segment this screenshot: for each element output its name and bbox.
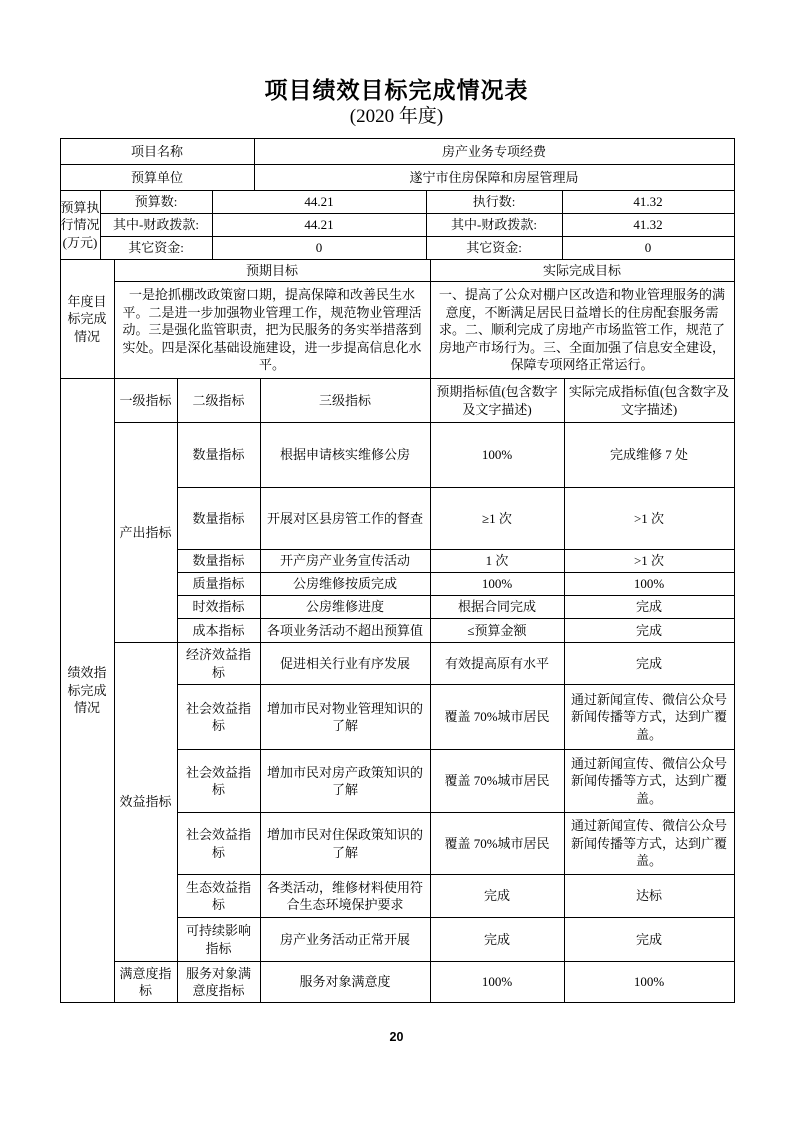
table-row: 满意度指标 服务对象满意度指标 服务对象满意度 100% 100% <box>60 962 734 1003</box>
budget-value: 44.21 <box>212 214 426 237</box>
indicator-actual: 100% <box>564 962 734 1003</box>
indicator-level2: 质量指标 <box>177 573 260 596</box>
expected-goal-header: 预期目标 <box>114 260 430 282</box>
annual-goals-section-label: 年度目 标完成 情况 <box>60 260 114 379</box>
indicator-expected: 100% <box>430 962 564 1003</box>
budget-value: 41.32 <box>562 191 734 214</box>
table-row: 效益指标 经济效益指标 促进相关行业有序发展 有效提高原有水平 完成 <box>60 643 734 685</box>
indicator-level2: 生态效益指标 <box>177 875 260 918</box>
indicator-level2: 服务对象满意度指标 <box>177 962 260 1003</box>
page-subtitle: (2020 年度) <box>0 106 793 129</box>
budget-label: 执行数: <box>426 191 562 214</box>
indicator-level2: 社会效益指标 <box>177 685 260 750</box>
indicator-level2: 社会效益指标 <box>177 813 260 875</box>
indicator-level2: 时效指标 <box>177 596 260 619</box>
header-level1: 一级指标 <box>114 379 177 423</box>
indicator-level1: 效益指标 <box>114 643 177 962</box>
indicator-level2: 数量指标 <box>177 488 260 550</box>
table-row: 年度目 标完成 情况 预期目标 实际完成目标 <box>60 260 734 282</box>
indicator-level3: 开产房产业务宣传活动 <box>260 550 430 573</box>
budget-label: 其中-财政拨款: <box>100 214 212 237</box>
annual-goals-table: 年度目 标完成 情况 预期目标 实际完成目标 一是抢抓棚改政策窗口期，提高保障和… <box>60 259 735 379</box>
budget-value: 0 <box>562 237 734 260</box>
indicator-expected: 覆盖 70%城市居民 <box>430 685 564 750</box>
project-name-value: 房产业务专项经费 <box>254 139 734 165</box>
indicator-actual: 完成 <box>564 619 734 643</box>
indicator-level3: 增加市民对房产政策知识的了解 <box>260 750 430 813</box>
table-row: 其中-财政拨款: 44.21 其中-财政拨款: 41.32 <box>60 214 734 237</box>
header-level3: 三级指标 <box>260 379 430 423</box>
expected-goal-text: 一是抢抓棚改政策窗口期，提高保障和改善民生水平。二是进一步加强物业管理工作，规范… <box>114 282 430 379</box>
indicator-expected: 1 次 <box>430 550 564 573</box>
budget-value: 0 <box>212 237 426 260</box>
indicator-expected: ≤预算金额 <box>430 619 564 643</box>
indicator-level3: 各类活动，维修材料使用符合生态环境保护要求 <box>260 875 430 918</box>
indicator-actual: >1 次 <box>564 488 734 550</box>
budget-value: 44.21 <box>212 191 426 214</box>
indicator-actual: 完成 <box>564 918 734 962</box>
indicator-level3: 公房维修进度 <box>260 596 430 619</box>
indicator-actual: 完成 <box>564 643 734 685</box>
document-page: 项目绩效目标完成情况表 (2020 年度) 项目名称 房产业务专项经费 预算单位… <box>0 0 793 1122</box>
indicator-level3: 增加市民对住保政策知识的了解 <box>260 813 430 875</box>
budget-section-label: 预算执 行情况 (万元) <box>60 191 100 260</box>
indicator-actual: 达标 <box>564 875 734 918</box>
indicator-level3: 房产业务活动正常开展 <box>260 918 430 962</box>
indicator-actual: 100% <box>564 573 734 596</box>
table-row: 其它资金: 0 其它资金: 0 <box>60 237 734 260</box>
page-title: 项目绩效目标完成情况表 <box>0 78 793 103</box>
header-expected: 预期指标值(包含数字及文字描述) <box>430 379 564 423</box>
budget-execution-table: 预算执 行情况 (万元) 预算数: 44.21 执行数: 41.32 其中-财政… <box>60 190 735 260</box>
indicator-level3: 服务对象满意度 <box>260 962 430 1003</box>
report-table: 项目名称 房产业务专项经费 预算单位 遂宁市住房保障和房屋管理局 预算执 行情况… <box>60 138 734 1003</box>
header-level2: 二级指标 <box>177 379 260 423</box>
indicator-level3: 促进相关行业有序发展 <box>260 643 430 685</box>
indicator-expected: 100% <box>430 573 564 596</box>
table-row: 预算执 行情况 (万元) 预算数: 44.21 执行数: 41.32 <box>60 191 734 214</box>
indicator-actual: 通过新闻宣传、微信公众号新闻传播等方式，达到广覆盖。 <box>564 685 734 750</box>
table-row: 绩效指 标完成 情况 一级指标 二级指标 三级指标 预期指标值(包含数字及文字描… <box>60 379 734 423</box>
indicator-actual: 通过新闻宣传、微信公众号新闻传播等方式，达到广覆盖。 <box>564 750 734 813</box>
indicator-actual: 通过新闻宣传、微信公众号新闻传播等方式，达到广覆盖。 <box>564 813 734 875</box>
budget-label: 其它资金: <box>426 237 562 260</box>
indicator-expected: 有效提高原有水平 <box>430 643 564 685</box>
indicator-expected: 完成 <box>430 918 564 962</box>
project-name-label: 项目名称 <box>60 139 254 165</box>
indicator-level3: 增加市民对物业管理知识的了解 <box>260 685 430 750</box>
indicator-level2: 成本指标 <box>177 619 260 643</box>
indicator-expected: 覆盖 70%城市居民 <box>430 750 564 813</box>
indicator-level1: 满意度指标 <box>114 962 177 1003</box>
indicators-section-label: 绩效指 标完成 情况 <box>60 379 114 1003</box>
budget-label: 预算数: <box>100 191 212 214</box>
project-info-table: 项目名称 房产业务专项经费 预算单位 遂宁市住房保障和房屋管理局 <box>60 138 735 191</box>
budget-label: 其中-财政拨款: <box>426 214 562 237</box>
header-actual: 实际完成指标值(包含数字及文字描述) <box>564 379 734 423</box>
indicator-level2: 数量指标 <box>177 550 260 573</box>
indicators-table: 绩效指 标完成 情况 一级指标 二级指标 三级指标 预期指标值(包含数字及文字描… <box>60 378 735 1003</box>
page-number: 20 <box>0 1030 793 1044</box>
indicator-level3: 根据申请核实维修公房 <box>260 423 430 488</box>
indicator-level1: 产出指标 <box>114 423 177 643</box>
actual-goal-text: 一、提高了公众对棚户区改造和物业管理服务的满意度，不断满足居民日益增长的住房配套… <box>430 282 734 379</box>
indicator-expected: ≥1 次 <box>430 488 564 550</box>
indicator-actual: 完成 <box>564 596 734 619</box>
indicator-actual: >1 次 <box>564 550 734 573</box>
table-row: 预算单位 遂宁市住房保障和房屋管理局 <box>60 165 734 191</box>
budget-unit-label: 预算单位 <box>60 165 254 191</box>
budget-value: 41.32 <box>562 214 734 237</box>
budget-unit-value: 遂宁市住房保障和房屋管理局 <box>254 165 734 191</box>
indicator-expected: 根据合同完成 <box>430 596 564 619</box>
indicator-level3: 开展对区县房管工作的督查 <box>260 488 430 550</box>
indicator-level2: 可持续影响指标 <box>177 918 260 962</box>
indicator-level3: 各项业务活动不超出预算值 <box>260 619 430 643</box>
indicator-expected: 完成 <box>430 875 564 918</box>
indicator-level2: 社会效益指标 <box>177 750 260 813</box>
indicator-expected: 覆盖 70%城市居民 <box>430 813 564 875</box>
indicator-level2: 经济效益指标 <box>177 643 260 685</box>
indicator-expected: 100% <box>430 423 564 488</box>
table-row: 产出指标 数量指标 根据申请核实维修公房 100% 完成维修 7 处 <box>60 423 734 488</box>
actual-goal-header: 实际完成目标 <box>430 260 734 282</box>
indicator-level2: 数量指标 <box>177 423 260 488</box>
indicator-actual: 完成维修 7 处 <box>564 423 734 488</box>
table-row: 项目名称 房产业务专项经费 <box>60 139 734 165</box>
budget-label: 其它资金: <box>100 237 212 260</box>
indicator-level3: 公房维修按质完成 <box>260 573 430 596</box>
table-row: 一是抢抓棚改政策窗口期，提高保障和改善民生水平。二是进一步加强物业管理工作，规范… <box>60 282 734 379</box>
